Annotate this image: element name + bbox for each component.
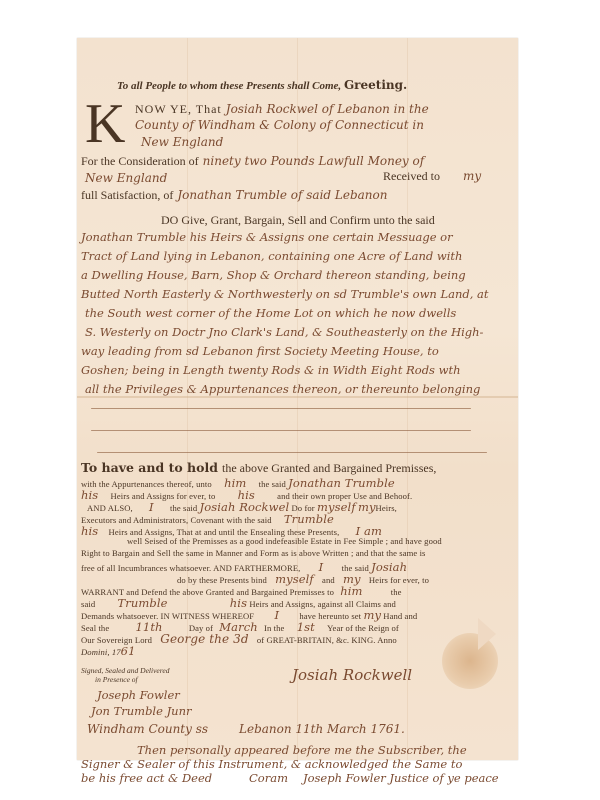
fold-line-vertical (297, 38, 298, 760)
grant-line: Tract of Land lying in Lebanon, containi… (81, 249, 462, 263)
deed-document: To all People to whom these Presents sha… (77, 38, 518, 760)
acknowledgment-line: Then personally appeared before me the S… (137, 743, 467, 757)
consideration-line: For the Consideration of ninety two Poun… (81, 152, 424, 170)
know-ye-line: NOW YE, That Josiah Rockwel of Lebanon i… (135, 100, 429, 118)
acknowledgment-line: Signer & Sealer of this Instrument, & ac… (81, 757, 462, 771)
grant-line: Butted North Easterly & Northwesterly on… (81, 287, 489, 301)
satisfaction-line: full Satisfaction, of Jonathan Trumble o… (81, 186, 388, 204)
drop-cap: K (85, 96, 125, 152)
consideration-printed: For the Consideration of (81, 154, 199, 168)
printed-text: Domini, 17 (81, 647, 121, 657)
handwritten-text: my (358, 500, 376, 514)
handwritten-text: 61 (121, 644, 136, 658)
signed-sealed-label: Signed, Sealed and Delivered (81, 666, 169, 675)
fill-flourish (97, 452, 487, 453)
habendum-blackletter: To have and to hold (81, 460, 218, 475)
grantor-signature: Josiah Rockwell (292, 666, 412, 684)
grantor-name: Josiah Rockwel of Lebanon in the (226, 102, 429, 116)
grant-line: way leading from sd Lebanon first Societ… (81, 344, 439, 358)
fill-flourish (91, 430, 471, 431)
habendum-title: To have and to hold the above Granted an… (81, 459, 436, 477)
printed-text: Heirs, (376, 503, 397, 513)
seal-paper-flap (478, 618, 496, 650)
grant-line: the South west corner of the Home Lot on… (85, 306, 456, 320)
habendum-line: Domini, 1761 (81, 644, 136, 658)
grantee-name: Jonathan Trumble of said Lebanon (177, 188, 387, 202)
witness-signature: Joseph Fowler (97, 688, 180, 702)
habendum-line: well Seised of the Premisses as a good i… (127, 536, 442, 546)
fold-line-vertical (407, 38, 408, 760)
grant-clause: DO Give, Grant, Bargain, Sell and Confir… (161, 213, 435, 228)
received-line: New England Received to my (85, 169, 505, 187)
handwritten-text: George the 3d (160, 632, 248, 646)
document-heading: To all People to whom these Presents sha… (117, 78, 407, 92)
received-printed: Received to (383, 169, 440, 184)
greeting-text: Greeting. (344, 78, 407, 92)
presence-label: in Presence of (95, 675, 138, 684)
habendum-rest: the above Granted and Bargained Premisse… (222, 461, 436, 475)
heading-text: To all People to whom these Presents sha… (117, 80, 341, 92)
consideration-amount: ninety two Pounds Lawfull Money of (203, 154, 425, 168)
grant-line: Goshen; being in Length twenty Rods & in… (81, 363, 460, 377)
acknowledgment-line: be his free act & Deed (81, 771, 212, 785)
justice-signature: Joseph Fowler Justice of ye peace (303, 771, 499, 785)
coram-label: Coram (249, 771, 288, 785)
grant-line: S. Westerly on Doctr Jno Clark's Land, &… (85, 325, 483, 339)
currency-region: New England (85, 171, 167, 185)
habendum-line: Right to Bargain and Sell the same in Ma… (81, 548, 426, 558)
acknowledgment-place: Windham County ss (87, 722, 208, 736)
know-ye-printed: NOW YE, That (135, 102, 222, 116)
satisfaction-printed: full Satisfaction, of (81, 188, 173, 202)
received-hand: my (463, 169, 481, 183)
witness-signature: Jon Trumble Junr (91, 704, 192, 718)
grantor-region: New England (141, 135, 223, 149)
grant-line: all the Privileges & Appurtenances there… (85, 382, 480, 396)
fill-flourish (91, 408, 471, 409)
grantor-residence: County of Windham & Colony of Connecticu… (135, 118, 424, 132)
grant-line: Jonathan Trumble his Heirs & Assigns one… (81, 230, 453, 244)
grant-line: a Dwelling House, Barn, Shop & Orchard t… (81, 268, 466, 282)
printed-text: of GREAT-BRITAIN, &c. KING. Anno (257, 635, 397, 645)
acknowledgment-date: Lebanon 11th March 1761. (239, 722, 405, 736)
handwritten-text: his (81, 524, 98, 538)
